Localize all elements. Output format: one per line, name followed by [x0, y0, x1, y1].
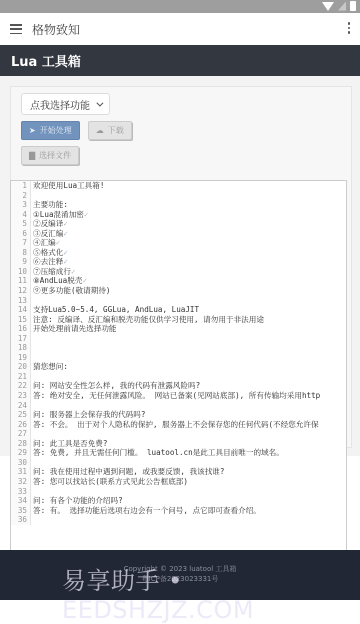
- more-vertical-icon[interactable]: [348, 22, 351, 34]
- line-number: 34: [11, 496, 27, 506]
- line-number: 33: [11, 487, 27, 497]
- app-bar: 格物致知: [0, 13, 360, 45]
- editor-line: ⑥去注释✓: [33, 257, 320, 267]
- editor-line: [33, 515, 320, 525]
- paper-plane-icon: ➤: [29, 126, 36, 135]
- editor-line: 欢迎使用Lua工具箱!: [33, 181, 320, 191]
- editor-line: ⑨更多功能(敬请期待): [33, 286, 320, 296]
- line-number: 14: [11, 305, 27, 315]
- line-number: 28: [11, 439, 27, 449]
- line-number: 3: [11, 200, 27, 210]
- editor-line: [33, 296, 320, 306]
- editor-line: ⑤格式化✓: [33, 248, 320, 258]
- line-number: 27: [11, 429, 27, 439]
- editor-line: [33, 353, 320, 363]
- editor-line: ④汇编✓: [33, 238, 320, 248]
- check-icon: ✓: [63, 219, 68, 228]
- line-number: 4: [11, 210, 27, 220]
- function-select[interactable]: 点我选择功能: [21, 93, 110, 115]
- choose-file-button[interactable]: ▇ 选择文件: [21, 146, 79, 165]
- editor-line: 问: 此工具是否免费?: [33, 439, 320, 449]
- editor-line: 答: 免费, 并且无需任何门槛。 luatool.cn是此工具目前唯一的域名。: [33, 448, 320, 458]
- code-editor[interactable]: 1234567891011121314151617181920212223242…: [10, 180, 347, 565]
- editor-line: 答: 您可以找站长(联系方式见此公告框底部): [33, 477, 320, 487]
- hamburger-menu-icon[interactable]: [10, 24, 22, 34]
- download-button[interactable]: ☁ 下载: [88, 121, 132, 140]
- line-number: 35: [11, 506, 27, 516]
- editor-line: [33, 429, 320, 439]
- check-icon: ✓: [71, 267, 76, 276]
- editor-line: 问: 我在使用过程中遇到问题, 或我要反馈, 我该找谁?: [33, 467, 320, 477]
- editor-line: 开始处理前请先选择功能: [33, 324, 320, 334]
- line-number: 18: [11, 343, 27, 353]
- check-icon: ✓: [82, 276, 87, 285]
- line-number: 8: [11, 248, 27, 258]
- editor-line: 支持Lua5.0~5.4, GGLua, AndLua, LuaJIT: [33, 305, 320, 315]
- start-process-label: 开始处理: [40, 125, 72, 136]
- line-number: 32: [11, 477, 27, 487]
- line-number: 7: [11, 238, 27, 248]
- line-number: 17: [11, 334, 27, 344]
- editor-line: ③反汇编✓: [33, 229, 320, 239]
- file-icon: ▇: [29, 151, 35, 160]
- line-number: 1: [11, 181, 27, 191]
- cloud-download-icon: ☁: [96, 126, 104, 135]
- line-number: 9: [11, 257, 27, 267]
- editor-line: 问: 服务器上会保存我的代码吗?: [33, 410, 320, 420]
- editor-line: [33, 401, 320, 411]
- check-icon: ✓: [63, 257, 68, 266]
- line-number: 31: [11, 467, 27, 477]
- line-number: 30: [11, 458, 27, 468]
- line-number-gutter: 1234567891011121314151617181920212223242…: [11, 181, 31, 525]
- editor-line: 问: 有各个功能的介绍吗?: [33, 496, 320, 506]
- line-number: 22: [11, 381, 27, 391]
- page-title: Lua 工具箱: [0, 45, 360, 76]
- line-number: 2: [11, 191, 27, 201]
- editor-line: 答: 绝对安全, 无任何泄露风险。 网站已备案(见网站底部), 所有传输均采用h…: [33, 391, 320, 401]
- battery-icon: [350, 1, 356, 11]
- line-number: 24: [11, 401, 27, 411]
- line-number: 12: [11, 286, 27, 296]
- signal-icon: [338, 2, 346, 11]
- editor-line: 问: 网站安全性怎么样, 我的代码有泄露风险吗?: [33, 381, 320, 391]
- line-number: 10: [11, 267, 27, 277]
- check-icon: ✓: [84, 210, 89, 219]
- editor-line: ⑧AndLua脱壳✓: [33, 276, 320, 286]
- editor-line: [33, 191, 320, 201]
- status-bar: [0, 0, 360, 13]
- line-number: 19: [11, 353, 27, 363]
- watermark: 易享助手 • EEDSHZJZ.COM: [62, 561, 360, 600]
- check-icon: ✓: [63, 248, 68, 257]
- function-select-value: 点我选择功能: [30, 97, 90, 112]
- editor-line: ①Lua混淆加密✓: [33, 210, 320, 220]
- line-number: 29: [11, 448, 27, 458]
- editor-line: 答: 有。 选择功能后选项右边会有一个问号, 点它即可查看介绍。: [33, 506, 320, 516]
- line-number: 20: [11, 362, 27, 372]
- editor-text[interactable]: 欢迎使用Lua工具箱! 主要功能:①Lua混淆加密✓②反编译✓③反汇编✓④汇编✓…: [31, 181, 320, 525]
- line-number: 36: [11, 515, 27, 525]
- check-icon: ✓: [56, 238, 61, 247]
- editor-line: ②反编译✓: [33, 219, 320, 229]
- editor-line: [33, 487, 320, 497]
- line-number: 16: [11, 324, 27, 334]
- check-icon: ✓: [63, 229, 68, 238]
- wifi-icon: [322, 2, 334, 11]
- editor-line: 主要功能:: [33, 200, 320, 210]
- line-number: 26: [11, 420, 27, 430]
- line-number: 11: [11, 276, 27, 286]
- editor-line: [33, 343, 320, 353]
- editor-line: [33, 458, 320, 468]
- line-number: 21: [11, 372, 27, 382]
- line-number: 15: [11, 315, 27, 325]
- app-title: 格物致知: [32, 21, 80, 38]
- download-label: 下载: [108, 125, 124, 136]
- start-process-button[interactable]: ➤ 开始处理: [21, 121, 80, 140]
- line-number: 23: [11, 391, 27, 401]
- line-number: 13: [11, 296, 27, 306]
- choose-file-label: 选择文件: [39, 150, 71, 161]
- editor-line: 猜您想问:: [33, 362, 320, 372]
- line-number: 5: [11, 219, 27, 229]
- line-number: 6: [11, 229, 27, 239]
- chevron-down-icon: [96, 99, 103, 106]
- editor-line: [33, 334, 320, 344]
- line-number: 25: [11, 410, 27, 420]
- editor-line: 答: 不会。 出于对个人隐私的保护, 服务器上不会保存您的任何代码(不经您允许保: [33, 420, 320, 430]
- editor-line: 注意: 反编译、反汇编和脱壳功能仅供学习使用, 请勿用于非法用途: [33, 315, 320, 325]
